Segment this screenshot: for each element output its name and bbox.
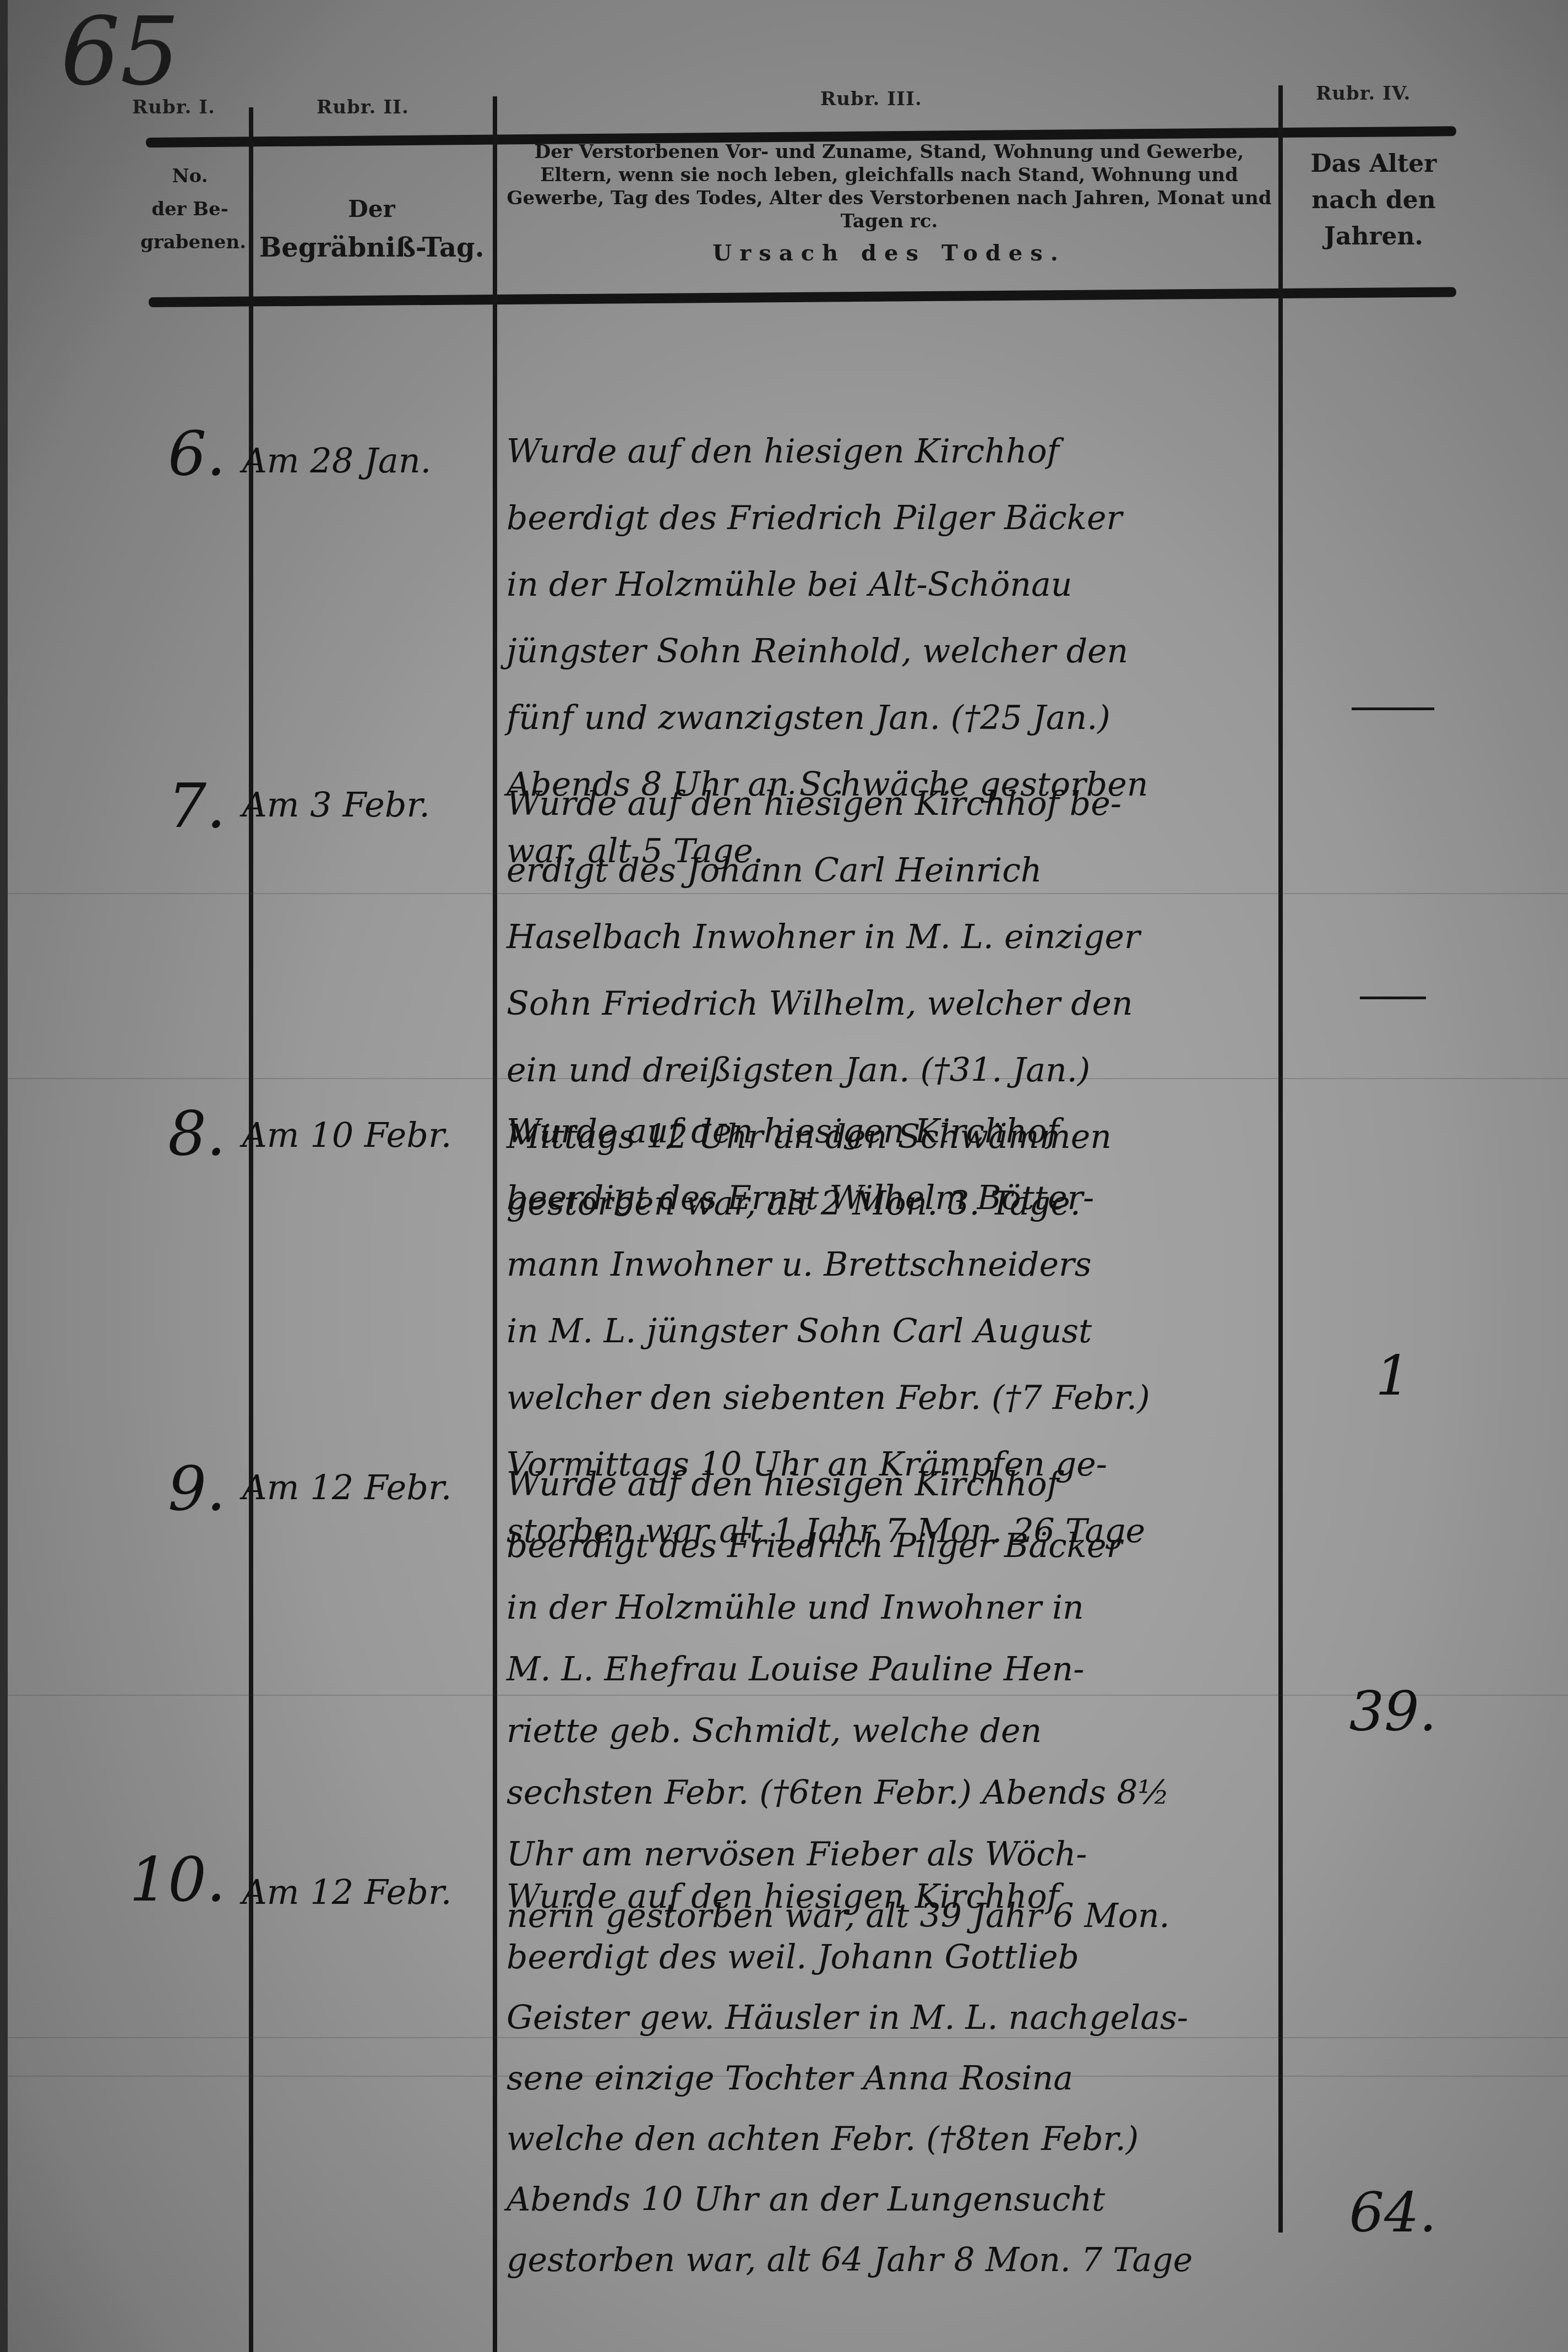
header-text: grabenen.: [140, 226, 239, 259]
header-text: Der Verstorbenen Vor- und Zuname, Stand,…: [507, 141, 1272, 232]
header-cause-of-death: Ursach des Todes.: [504, 242, 1275, 265]
header-text: nach den: [1286, 182, 1462, 219]
entry-number: 9.: [127, 1453, 226, 1524]
header-text: der Be-: [140, 193, 239, 226]
header-burial-number: No. der Be- grabenen.: [140, 160, 239, 259]
entry-age: 39.: [1321, 1679, 1464, 1744]
column-divider-2: [493, 96, 497, 2352]
rubric-3-label: Rubr. III.: [820, 88, 922, 110]
entry-burial-date: Am 12 Febr.: [242, 1467, 490, 1507]
header-deceased-description: Der Verstorbenen Vor- und Zuname, Stand,…: [504, 140, 1275, 265]
header-text: No.: [140, 160, 239, 193]
entry-burial-date: Am 12 Febr.: [242, 1872, 490, 1912]
entry-age: [1321, 672, 1464, 736]
entry-burial-date: Am 10 Febr.: [242, 1115, 490, 1155]
entry-burial-date: Am 3 Febr.: [242, 785, 490, 825]
header-bottom-rule: [149, 287, 1456, 307]
entry-number: 6.: [127, 418, 226, 489]
rubric-1-label: Rubr. I.: [132, 96, 215, 118]
entry-description: Wurde auf den hiesigen Kirchhof beerdigt…: [507, 1866, 1288, 2290]
entry-number: 8.: [127, 1098, 226, 1169]
entry-number: 7.: [127, 771, 226, 841]
page-number: 65: [61, 6, 179, 99]
page-edge-shadow: [0, 0, 8, 2352]
header-text: Begräbniß-Tag.: [253, 228, 490, 267]
rubric-4-label: Rubr. IV.: [1316, 83, 1411, 105]
header-burial-date: Der Begräbniß-Tag.: [253, 190, 490, 267]
header-text: Jahren.: [1286, 219, 1462, 255]
header-age: Das Alter nach den Jahren.: [1286, 146, 1462, 255]
age-dash: [1360, 997, 1426, 999]
entry-age: 1: [1321, 1343, 1464, 1408]
entry-burial-date: Am 28 Jan.: [242, 440, 490, 481]
age-dash: [1352, 707, 1434, 710]
register-page: 65 Rubr. I. Rubr. II. Rubr. III. Rubr. I…: [0, 0, 1568, 2352]
entry-age: [1321, 961, 1464, 1025]
header-text: Der: [253, 190, 490, 228]
entry-age: 64.: [1321, 2180, 1464, 2245]
entry-number: 10.: [127, 1844, 226, 1915]
header-text: Das Alter: [1286, 146, 1462, 182]
rubric-2-label: Rubr. II.: [317, 96, 409, 118]
